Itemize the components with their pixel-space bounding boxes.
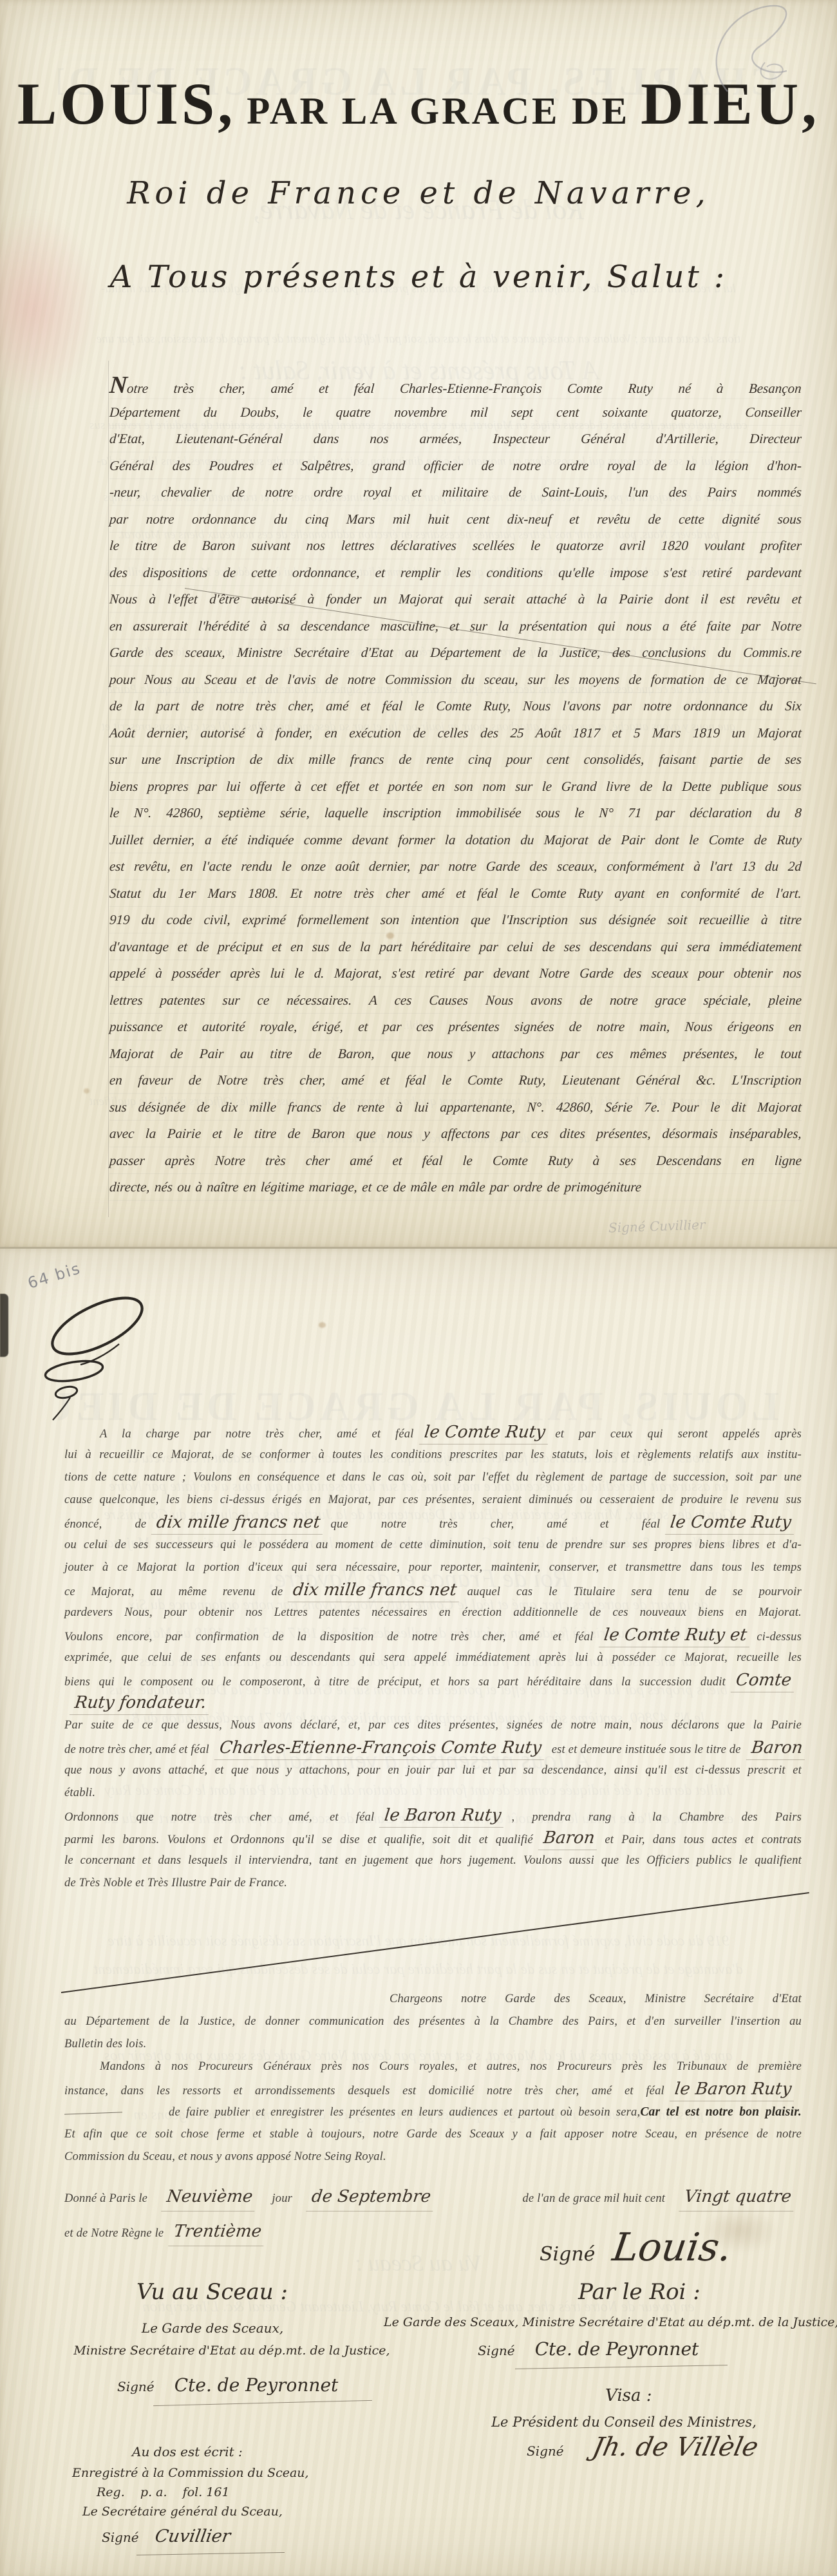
registration-line: Enregistré à la Commission du Sceau, xyxy=(72,2466,309,2480)
printed-body-line: de notre très cher, amé et féalCharles-E… xyxy=(64,1737,802,1759)
printed-text: de l'an de grace mil huit cent xyxy=(522,2184,665,2213)
manuscript-line: Département du Doubs, le quatre novembre… xyxy=(109,399,803,426)
closing-line: Et afin que ce soit chose ferme et stabl… xyxy=(64,2123,802,2146)
scanned-document: Roi de France et de Navarre,lui à recuei… xyxy=(0,0,837,2576)
document-page-1: Roi de France et de Navarre,lui à recuei… xyxy=(0,0,837,1247)
pencil-squiggle-icon xyxy=(689,0,834,97)
printed-text: jouter à ce Majorat la portion d'iceux q… xyxy=(64,1561,802,1574)
printed-body-line: parmi les barons. Voulons et Ordonnons q… xyxy=(64,1827,802,1850)
printed-body-line: A la charge par notre très cher, amé et … xyxy=(64,1421,802,1444)
manuscript-line: Majorat de Pair au titre de Baron, que n… xyxy=(109,1041,803,1068)
fill-dash xyxy=(64,2112,122,2114)
bleedthrough-text: 919 du code civil, exprimé formellement … xyxy=(58,1933,779,1949)
printed-text: et de Notre Règne le xyxy=(64,2227,164,2240)
closing-line: de faire publier et enregistrer les prés… xyxy=(64,2101,802,2123)
document-page-2: Nous à l'effet d'être autorisé à fonder … xyxy=(0,1247,837,2576)
vu-au-sceau-heading: Vu au Sceau : xyxy=(136,2279,288,2305)
visa-label: Visa : xyxy=(605,2386,652,2405)
printed-text: de faire publier et enregistrer les prés… xyxy=(169,2106,640,2119)
printed-text: parmi les barons. Voulons et Ordonnons q… xyxy=(64,1833,533,1846)
printed-body-line: tions de cette nature ; Voulons en consé… xyxy=(64,1466,802,1489)
handwritten-insert: Trentième xyxy=(169,2217,268,2246)
printed-text: instance, dans les ressorts et arrondiss… xyxy=(64,2085,664,2098)
manuscript-line: sus désignée de dix mille francs de rent… xyxy=(109,1094,803,1121)
royal-signature-block: Signé Louis. xyxy=(540,2225,731,2270)
manuscript-line: avec la Pairie et le titre de Baron que … xyxy=(109,1121,803,1148)
printed-text: ce Majorat, au même revenu de xyxy=(64,1586,283,1598)
register-folio-line: Reg. p. a. fol. 161 xyxy=(97,2485,230,2499)
manuscript-line: le titre de Baron suivant nos lettres dé… xyxy=(109,533,803,560)
manuscript-line: Notre très cher, amé et féal Charles-Eti… xyxy=(109,372,803,399)
printed-text: jour xyxy=(272,2184,292,2213)
peyronnet-name: Cte. de Peyronnet xyxy=(535,2338,699,2360)
printed-text: pardevers Nous, pour obtenir nos Lettres… xyxy=(64,1606,802,1619)
manuscript-line: d'avantage et de préciput et en sus de l… xyxy=(109,934,803,961)
manuscript-line: d'Etat, Lieutenant-Général dans nos armé… xyxy=(109,426,803,453)
closing-clauses: Chargeons notre Garde des Sceaux, Minist… xyxy=(64,1988,802,2246)
villele-name: Jh. de Villèle xyxy=(590,2432,761,2462)
printed-text: , prendra rang à la Chambre des Pairs xyxy=(511,1811,802,1824)
handwritten-insert: Comte xyxy=(731,1669,796,1692)
bleedthrough-text: d'avantage et de préciput et en sus de l… xyxy=(58,1961,779,1978)
handwritten-insert: le Comte Ruty xyxy=(418,1421,550,1444)
printed-body-line: que nous y avons attaché, et que nous y … xyxy=(64,1759,802,1782)
printed-text: et Pair, dans tous actes et contrats xyxy=(605,1833,802,1846)
printed-text: au Département de la Justice, de donner … xyxy=(64,2015,802,2028)
handwritten-insert: dix mille francs net xyxy=(151,1511,326,1535)
printed-text: Donné à Paris le xyxy=(64,2184,147,2213)
printed-text: ci-dessus xyxy=(757,1631,802,1643)
handwritten-insert: Baron xyxy=(538,1827,600,1850)
printed-text: Chargeons notre Garde des Sceaux, Minist… xyxy=(390,1993,802,2005)
keeper-of-seals-title-left-1: Le Garde des Sceaux, xyxy=(95,2320,330,2336)
handwritten-insert: le Baron Ruty xyxy=(379,1804,507,1828)
handwritten-insert: Charles-Etienne-François Comte Ruty xyxy=(214,1737,547,1760)
handwritten-insert: le Baron Ruty xyxy=(670,2078,797,2101)
printed-text: lui à recueillir ce Majorat, de se confo… xyxy=(64,1448,802,1461)
printed-body-line: exprimée, que celui de ses enfants ou de… xyxy=(64,1647,802,1669)
manuscript-line: par notre ordonnance du cinq Mars mil hu… xyxy=(109,506,803,533)
louis-signature: Louis. xyxy=(610,2225,735,2270)
printed-body-line: de Très Noble et Très Illustre Pair de F… xyxy=(64,1872,802,1895)
printed-text: le concernant et dans lesquels il interv… xyxy=(64,1854,802,1867)
printed-body-line: jouter à ce Majorat la portion d'iceux q… xyxy=(64,1557,802,1579)
manuscript-line: puissance et autorité royale, érigé, et … xyxy=(109,1014,803,1041)
printed-text: Et afin que ce soit chose ferme et stabl… xyxy=(64,2128,802,2141)
manuscript-line: passer après Notre très cher amé et féal… xyxy=(109,1148,803,1175)
manuscript-line: est revêtu, en l'acte rendu le onze août… xyxy=(109,853,803,880)
royal-title-louis: LOUIS, xyxy=(17,71,236,137)
bleedthrough-text: tions de cette nature ; Voulons en consé… xyxy=(58,332,779,346)
signe-label: Signé xyxy=(102,2530,139,2545)
ink-paraph-flourish xyxy=(35,1293,164,1428)
printed-text: Mandons à nos Procureurs Généraux près n… xyxy=(64,2060,802,2073)
printed-text: que notre très cher, amé et féal xyxy=(331,1518,661,1531)
closing-line: Commission du Sceau, et nous y avons app… xyxy=(64,2146,802,2168)
manuscript-line: Garde des sceaux, Ministre Secrétaire d'… xyxy=(109,639,803,667)
printed-text: de notre très cher, amé et féal xyxy=(64,1743,209,1756)
printed-text: tions de cette nature ; Voulons en consé… xyxy=(64,1471,802,1484)
printed-text: ou celui de ses successeurs qui le possé… xyxy=(64,1539,802,1551)
handwritten-insert: Vingt quatre xyxy=(679,2183,796,2211)
royal-subtitle: Roi de France et de Navarre, xyxy=(0,175,837,211)
printed-body-line: ce Majorat, au même revenu dedix mille f… xyxy=(64,1579,802,1602)
peyronnet-name: Cte. de Peyronnet xyxy=(174,2374,339,2396)
printed-text: Car tel est notre bon plaisir. xyxy=(640,2105,802,2119)
printed-text: Commission du Sceau, et nous y avons app… xyxy=(64,2150,386,2163)
closing-line: Bulletin des lois. xyxy=(64,2033,802,2056)
handwritten-insert: de Septembre xyxy=(306,2183,437,2211)
secretary-general-title: Le Secrétaire général du Sceau, xyxy=(82,2505,283,2519)
printed-body-line: pardevers Nous, pour obtenir nos Lettres… xyxy=(64,1602,802,1624)
closing-line: instance, dans les ressorts et arrondiss… xyxy=(64,2078,802,2101)
handwritten-insert: Baron xyxy=(746,1737,808,1760)
manuscript-line: en faveur de Notre très cher, amé et féa… xyxy=(109,1067,803,1094)
manuscript-line: pour Nous au Sceau et de l'avis de notre… xyxy=(109,667,803,694)
manuscript-line: -neur, chevalier de notre ordre royal et… xyxy=(109,479,803,506)
manuscript-line: de la part de notre très cher, amé et fé… xyxy=(109,693,803,720)
handwritten-insert: le Comte Ruty et xyxy=(598,1624,751,1647)
printed-body-line: établi. xyxy=(64,1782,802,1804)
printed-text: biens qui le composent ou le composeront… xyxy=(64,1676,726,1689)
handwritten-insert: le Comte Ruty xyxy=(665,1511,796,1535)
printed-text: exprimée, que celui de ses enfants ou de… xyxy=(64,1651,802,1664)
manuscript-line: en assurerait l'hérédité à sa descendanc… xyxy=(109,613,803,640)
printed-body-line: le concernant et dans lesquels il interv… xyxy=(64,1850,802,1872)
printed-body-line: Ruty fondateur. xyxy=(64,1692,802,1714)
par-le-roi-heading: Par le Roi : xyxy=(578,2279,701,2305)
printed-body-line: cause quelconque, les biens ci-dessus ér… xyxy=(64,1489,802,1511)
signe-label: Signé xyxy=(478,2343,515,2358)
closing-line: Chargeons notre Garde des Sceaux, Minist… xyxy=(64,1988,802,2011)
printed-text: cause quelconque, les biens ci-dessus ér… xyxy=(64,1493,802,1506)
manuscript-line: Nous à l'effet d'être autorisé à fonder … xyxy=(109,586,803,613)
printed-body-line: lui à recueillir ce Majorat, de se confo… xyxy=(64,1444,802,1466)
printed-text: de Très Noble et Très Illustre Pair de F… xyxy=(64,1877,287,1889)
printed-text: que nous y avons attaché, et que nous y … xyxy=(64,1764,802,1777)
printed-text: Voulons encore, par confirmation de la d… xyxy=(64,1631,594,1643)
manuscript-line: Statut du 1er Mars 1808. Et notre très c… xyxy=(109,880,803,907)
signe-label: Signé xyxy=(117,2379,155,2394)
printed-text: énoncé, de xyxy=(64,1518,146,1531)
peyronnet-signature-left: Signé Cte. de Peyronnet xyxy=(117,2374,338,2396)
manuscript-body: Notre très cher, amé et féal Charles-Eti… xyxy=(109,372,802,1201)
au-dos-heading: Au dos est écrit : xyxy=(132,2444,243,2459)
manuscript-line: 919 du code civil, exprimé formellement … xyxy=(109,907,803,934)
printed-body-line: Ordonnons que notre très cher amé, et fé… xyxy=(64,1804,802,1827)
royal-title-middle: PAR LA GRACE DE xyxy=(241,90,635,132)
closing-line: Donné à Paris leNeuvièmejourde Septembre… xyxy=(64,2183,802,2211)
manuscript-line: Général des Poudres et Salpêtres, grand … xyxy=(109,453,803,480)
signe-label: Signé xyxy=(540,2243,595,2266)
manuscript-line: Juillet dernier, a été indiquée comme de… xyxy=(109,827,803,854)
printed-text: A la charge par notre très cher, amé et … xyxy=(64,1428,414,1441)
manuscript-line: appelé à posséder après lui le d. Majora… xyxy=(109,960,803,987)
cuvillier-name: Cuvillier xyxy=(153,2526,232,2546)
manuscript-line: lettres patentes sur ce nécessaires. A c… xyxy=(109,987,803,1014)
closing-line: au Département de la Justice, de donner … xyxy=(64,2011,802,2033)
president-council-title: Le Président du Conseil des Ministres, xyxy=(467,2414,780,2430)
signe-label: Signé xyxy=(527,2443,564,2459)
cuvillier-signature: Signé Cuvillier xyxy=(102,2526,230,2546)
printed-body-line: énoncé, dedix mille francs netque notre … xyxy=(64,1511,802,1534)
printed-text: auquel cas le Titulaire sera tenu de se … xyxy=(467,1586,802,1598)
printed-text: Ordonnons que notre très cher amé, et fé… xyxy=(64,1811,374,1824)
manuscript-line: le N°. 42860, septième série, laquelle i… xyxy=(109,800,803,827)
printed-body-line: Par suite de ce que dessus, Nous avons d… xyxy=(64,1714,802,1737)
handwritten-insert: Neuvième xyxy=(161,2183,258,2211)
manuscript-line: directe, nés ou à naître en légitime mar… xyxy=(109,1174,803,1201)
printed-text: Bulletin des lois. xyxy=(64,2038,146,2050)
peyronnet-signature-right: Signé Cte. de Peyronnet xyxy=(478,2338,699,2360)
printed-text: établi. xyxy=(64,1786,95,1799)
villele-signature: Signé Jh. de Villèle xyxy=(527,2432,758,2462)
manuscript-line: biens propres par lui offerte à cet effe… xyxy=(109,773,803,800)
printed-body-line: biens qui le composent ou le composeront… xyxy=(64,1669,802,1692)
printed-text: Par suite de ce que dessus, Nous avons d… xyxy=(64,1719,802,1732)
printed-body-line: ou celui de ses successeurs qui le possé… xyxy=(64,1534,802,1557)
handwritten-insert: Ruty fondateur. xyxy=(70,1692,212,1715)
printed-body-line: Voulons encore, par confirmation de la d… xyxy=(64,1624,802,1647)
printed-text: est et demeure instituée sous le titre d… xyxy=(552,1743,741,1756)
keeper-of-seals-title-left-2: Ministre Secrétaire d'Etat au dép.mt. de… xyxy=(62,2344,402,2358)
manuscript-line: des dispositions de cette ordonnance, et… xyxy=(109,560,803,587)
manuscript-line: Août dernier, autorisé à fonder, en exéc… xyxy=(109,720,803,747)
printed-text: et par ceux qui seront appelés après xyxy=(555,1428,802,1441)
keeper-of-seals-title-right: Le Garde des Sceaux, Ministre Secrétaire… xyxy=(384,2315,814,2329)
printed-body: A la charge par notre très cher, amé et … xyxy=(64,1421,802,1895)
salutation-line: A Tous présents et à venir, Salut : xyxy=(0,259,837,295)
manuscript-line: sur une Inscription de dix mille francs … xyxy=(109,746,803,773)
scan-edge-artifact xyxy=(0,1294,8,1357)
closing-line: Mandons à nos Procureurs Généraux près n… xyxy=(64,2056,802,2078)
handwritten-insert: dix mille francs net xyxy=(288,1579,462,1602)
